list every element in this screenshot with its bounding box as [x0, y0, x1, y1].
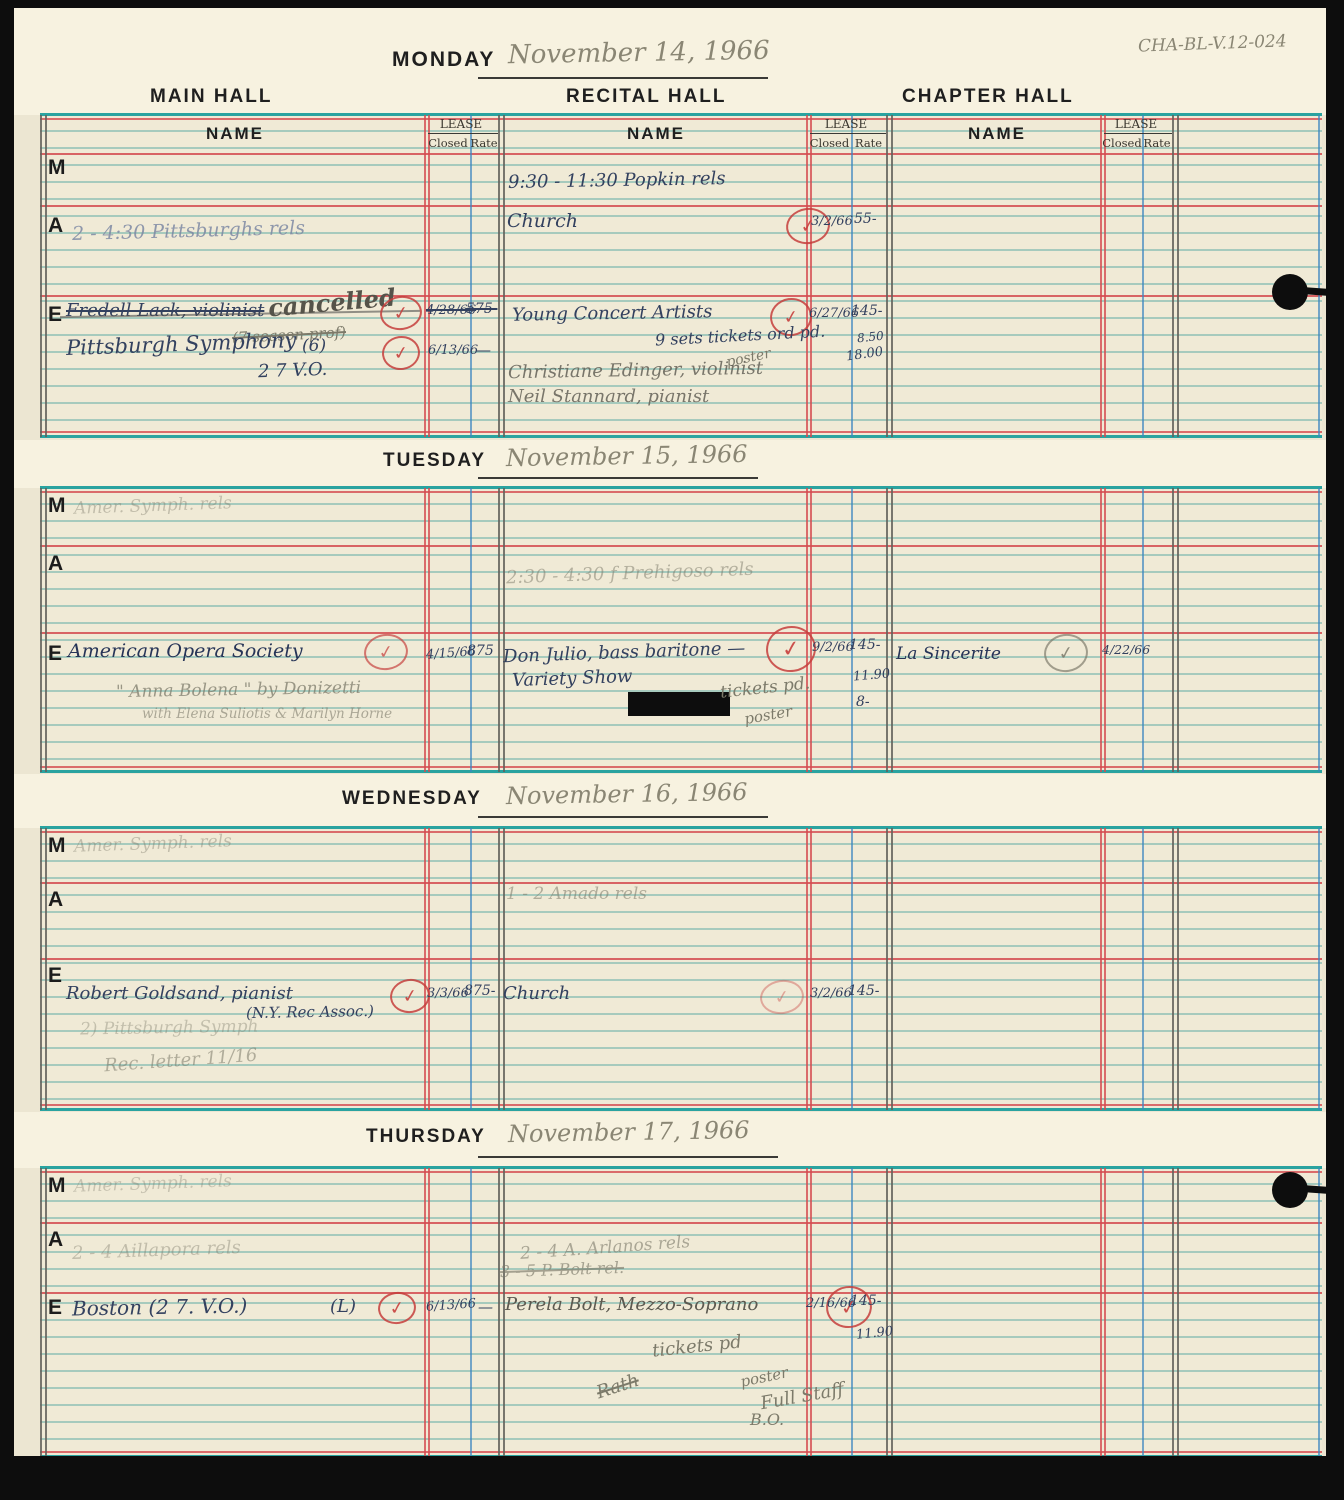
grid-line — [1172, 828, 1174, 1110]
grid-line — [40, 632, 1322, 634]
tuesday-morning-label: M — [48, 494, 66, 518]
grid-line — [470, 115, 472, 437]
scan-border-top — [0, 0, 1344, 8]
entry-wed-recital-evening-closed: 3/2/66 — [810, 986, 852, 1001]
grid-line — [1318, 1168, 1320, 1457]
wednesday-evening-label: E — [48, 964, 62, 988]
thursday-morning-label: M — [48, 1174, 66, 1198]
thursday-afternoon-label: A — [48, 1228, 63, 1252]
name-header-recital: NAME — [506, 124, 806, 144]
grid-line — [424, 1168, 426, 1457]
entry-wed-recital-afternoon: 1 - 2 Amado rels — [506, 884, 647, 904]
grid-line — [498, 1168, 500, 1457]
entry-mon-recital-evening-rate: 145- — [851, 303, 882, 319]
entry-tue-recital-evening-line2: Variety Show — [512, 666, 633, 691]
closed-header-chapter: Closed — [1102, 136, 1142, 150]
grid-line — [851, 115, 853, 437]
entry-mon-main-evening-cancelled-rate: 575- — [466, 301, 497, 317]
wednesday-morning-label: M — [48, 834, 66, 858]
grid-line — [806, 115, 808, 437]
lease-underline-main — [428, 133, 498, 134]
grid-line — [40, 1166, 1322, 1169]
grid-line — [503, 115, 505, 437]
lease-header-chapter: LEASE — [1100, 117, 1172, 131]
grid-line — [40, 1171, 1322, 1173]
entry-wed-recital-evening-name: Church — [503, 983, 570, 1004]
grid-line — [891, 828, 893, 1110]
entry-mon-main-evening-rate: — — [476, 341, 491, 359]
grid-line — [1100, 1168, 1102, 1457]
grid-line — [886, 115, 888, 437]
grid-line — [851, 828, 853, 1110]
grid-line — [806, 828, 808, 1110]
entry-mon-main-evening-cancelled-name: Fredell Lack, violinist — [66, 300, 264, 321]
grid-line — [40, 770, 1322, 773]
name-header-main: NAME — [46, 124, 424, 144]
grid-line — [810, 115, 812, 437]
grid-line — [1104, 488, 1106, 772]
entry-thu-recital-evening-rate: 145- — [850, 1293, 881, 1309]
grid-line — [470, 1168, 472, 1457]
entry-tue-main-evening-line3: with Elena Suliotis & Marilyn Horne — [142, 706, 392, 722]
date-underline-thursday — [478, 1156, 778, 1158]
lease-underline-chapter — [1104, 133, 1172, 134]
grid-line — [1100, 828, 1102, 1110]
grid-line — [428, 488, 430, 772]
scan-border-right — [1326, 0, 1344, 1500]
grid-line — [424, 115, 426, 437]
entry-mon-recital-evening-artist2: Neil Stannard, pianist — [508, 386, 709, 407]
closed-header-main: Closed — [426, 136, 470, 150]
grid-line — [886, 828, 888, 1110]
grid-line — [1142, 1168, 1144, 1457]
entry-mon-main-evening-sub: 2 7 V.O. — [258, 359, 328, 382]
rate-header-main: Rate — [470, 136, 498, 150]
date-underline-tuesday — [478, 477, 758, 479]
tuesday-evening-label: E — [48, 642, 62, 666]
grid-line — [1100, 488, 1102, 772]
grid-line — [40, 1168, 42, 1457]
thursday-evening-label: E — [48, 1296, 62, 1320]
entry-tue-main-evening-rate: 875 — [467, 643, 494, 659]
grid-line — [498, 828, 500, 1110]
grid-line — [1104, 828, 1106, 1110]
grid-line — [40, 431, 1322, 433]
grid-line — [1142, 828, 1144, 1110]
grid-line — [45, 488, 47, 772]
grid-line — [40, 828, 1322, 1110]
entry-thu-main-evening-name2: (L) — [330, 1296, 356, 1317]
grid-line — [428, 115, 430, 437]
hall-title-chapter: CHAPTER HALL — [902, 86, 1074, 108]
wednesday-afternoon-label: A — [48, 888, 63, 912]
entry-mon-main-evening-count: (6) — [302, 336, 326, 356]
grid-line — [40, 491, 1322, 493]
day-label-tuesday: TUESDAY — [383, 450, 486, 472]
monday-morning-label: M — [48, 156, 66, 180]
grid-line — [40, 831, 1322, 833]
grid-line — [40, 486, 1322, 489]
grid-line — [428, 828, 430, 1110]
grid-line — [1172, 115, 1174, 437]
grid-line — [1177, 488, 1179, 772]
grid-line — [1177, 115, 1179, 437]
grid-line — [40, 488, 1322, 772]
entry-mon-recital-evening-rate2: 8.50 — [856, 329, 884, 346]
entry-thu-recital-evening-name: Perela Bolt, Mezzo-Soprano — [505, 1294, 758, 1315]
entry-thu-main-evening-rate: — — [478, 1298, 493, 1316]
grid-line — [810, 828, 812, 1110]
grid-line — [40, 766, 1322, 768]
date-underline-monday — [478, 77, 768, 79]
date-wednesday: November 16, 1966 — [506, 778, 748, 810]
grid-line — [470, 828, 472, 1110]
closed-header-recital: Closed — [808, 136, 851, 150]
day-label-thursday: THURSDAY — [366, 1126, 486, 1148]
grid-line — [40, 828, 42, 1110]
grid-line — [40, 1451, 1322, 1453]
lease-header-recital: LEASE — [806, 117, 886, 131]
grid-line — [40, 1222, 1322, 1224]
entry-tue-recital-evening-rate: 145- — [849, 637, 880, 653]
entry-wed-main-evening-name2: (N.Y. Rec Assoc.) — [246, 1002, 374, 1022]
grid-line — [45, 1168, 47, 1457]
grid-line — [40, 435, 1322, 438]
grid-line — [851, 488, 853, 772]
entry-tue-main-evening-line2: " Anna Bolena " by Donizetti — [116, 678, 361, 702]
grid-line — [40, 545, 1322, 547]
grid-line — [40, 1104, 1322, 1106]
grid-line — [40, 958, 1322, 960]
entry-mon-recital-afternoon-rate: 55- — [854, 211, 877, 227]
grid-line — [891, 1168, 893, 1457]
entry-tue-main-evening-name: American Opera Society — [68, 640, 303, 662]
entry-thu-recital-evening-bo: B.O. — [750, 1410, 784, 1429]
entry-mon-recital-morning: 9:30 - 11:30 Popkin rels — [508, 168, 726, 193]
grid-line — [424, 488, 426, 772]
grid-line — [1318, 488, 1320, 772]
entry-mon-recital-evening-name: Young Concert Artists — [512, 301, 713, 325]
tuesday-afternoon-label: A — [48, 552, 63, 576]
entry-thu-recital-evening-closed: 2/16/66 — [806, 1296, 856, 1311]
entry-thu-main-evening-name: Boston (2 7. V.O.) — [72, 1293, 248, 1320]
grid-line — [470, 488, 472, 772]
grid-line — [503, 828, 505, 1110]
grid-line — [886, 488, 888, 772]
date-thursday: November 17, 1966 — [508, 1116, 750, 1148]
entry-wed-main-evening-closed: 3/3/66 — [427, 986, 469, 1001]
entry-wed-main-evening-name: Robert Goldsand, pianist — [66, 983, 293, 1004]
name-header-chapter: NAME — [894, 124, 1100, 144]
grid-line — [40, 882, 1322, 884]
grid-line — [40, 153, 1322, 155]
grid-line — [40, 205, 1322, 207]
entry-mon-main-evening-closed: 6/13/66 — [428, 343, 478, 358]
grid-line — [1318, 828, 1320, 1110]
scan-border-bottom — [0, 1456, 1344, 1500]
entry-tue-chapter-evening-name: La Sincerite — [896, 644, 1001, 664]
grid-line — [891, 488, 893, 772]
ledger-page: MONDAY November 14, 1966 CHA-BL-V.12-024… — [0, 0, 1344, 1500]
rate-header-chapter: Rate — [1142, 136, 1172, 150]
entry-mon-recital-evening-artist1: Christiane Edinger, violinist — [508, 358, 763, 383]
grid-line — [886, 1168, 888, 1457]
date-tuesday: November 15, 1966 — [506, 440, 748, 472]
grid-line — [40, 113, 1322, 116]
hall-title-recital: RECITAL HALL — [566, 86, 727, 108]
grid-line — [1100, 115, 1102, 437]
grid-line — [45, 828, 47, 1110]
date-underline-wednesday — [478, 816, 768, 818]
grid-line — [1172, 488, 1174, 772]
date-monday: November 14, 1966 — [508, 36, 770, 71]
grid-line — [45, 115, 47, 437]
monday-afternoon-label: A — [48, 214, 63, 238]
rate-header-recital: Rate — [851, 136, 886, 150]
hall-title-main: MAIN HALL — [150, 86, 272, 108]
day-label-monday: MONDAY — [392, 48, 495, 72]
entry-tue-recital-evening-closed: 9/2/66 — [812, 640, 854, 655]
entry-wed-main-evening-rate: 875- — [464, 983, 495, 999]
grid-line — [40, 826, 1322, 829]
grid-line — [1104, 115, 1106, 437]
grid-line — [810, 488, 812, 772]
day-label-wednesday: WEDNESDAY — [342, 788, 482, 810]
grid-line — [503, 488, 505, 772]
grid-line — [1177, 828, 1179, 1110]
grid-line — [891, 115, 893, 437]
grid-line — [1104, 1168, 1106, 1457]
grid-line — [40, 488, 42, 772]
entry-mon-recital-afternoon-name: Church — [507, 210, 578, 232]
entry-tue-recital-evening-rate3: 8- — [856, 694, 870, 710]
grid-line — [1172, 1168, 1174, 1457]
entry-tue-chapter-evening-closed: 4/22/66 — [1102, 642, 1150, 657]
grid-line — [424, 828, 426, 1110]
grid-line — [498, 488, 500, 772]
entry-mon-recital-afternoon-closed: 3/2/66 — [811, 214, 853, 229]
lease-underline-recital — [810, 133, 886, 134]
redaction-bar — [628, 692, 730, 716]
grid-line — [1142, 115, 1144, 437]
entry-wed-recital-evening-rate: 145- — [848, 983, 879, 999]
grid-line — [1177, 1168, 1179, 1457]
lease-header-main: LEASE — [424, 117, 498, 131]
grid-line — [40, 1108, 1322, 1111]
grid-line — [40, 115, 42, 437]
grid-line — [498, 115, 500, 437]
monday-evening-label: E — [48, 303, 62, 327]
scan-border-left — [0, 0, 14, 1500]
grid-line — [40, 295, 1322, 297]
grid-line — [810, 1168, 812, 1457]
grid-line — [1318, 115, 1320, 437]
grid-line — [1142, 488, 1144, 772]
entry-wed-main-evening-line2: 2) Pittsburgh Symph — [80, 1016, 259, 1039]
grid-line — [806, 1168, 808, 1457]
